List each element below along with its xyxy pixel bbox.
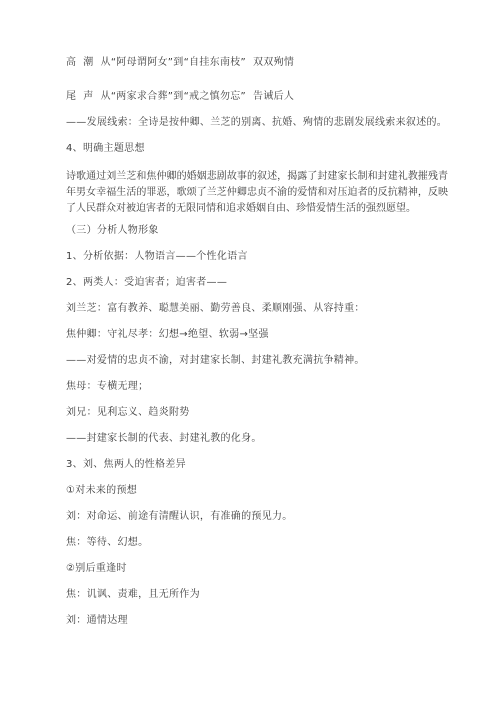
line-climax-section: 高 潮 从“阿母谓阿女”到“自挂东南枝” 双双殉情 — [66, 57, 448, 69]
line-jiao-zhongqing-traits: 焦仲卿：守礼尽孝：幻想→绝望、软弱→坚强 — [66, 329, 448, 341]
line-jiao-sarcasm: 焦：讥讽、责难，且无所作为 — [66, 589, 448, 601]
heading-theme: 4、明确主题思想 — [66, 143, 448, 155]
line-coda-section: 尾 声 从“两家求合葬”到“戒之慎勿忘” 告诫后人 — [66, 91, 448, 103]
heading-character-analysis: （三）分析人物形象 — [66, 225, 448, 237]
line-jiao-waiting: 焦：等待、幻想。 — [66, 537, 448, 549]
paragraph-theme-summary: 诗歌通过刘兰芝和焦仲卿的婚姻悲剧故事的叙述，揭露了封建家长制和封建礼教摧残青年男… — [66, 169, 448, 217]
document-page: 高 潮 从“阿母谓阿女”到“自挂东南枝” 双双殉情 尾 声 从“两家求合葬”到“… — [0, 0, 500, 707]
line-development-clue: ——发展线索：全诗是按仲卿、兰芝的别离、抗婚、殉情的悲剧发展线索来叙述的。 — [66, 117, 448, 129]
line-liu-foresight: 刘：对命运、前途有清醒认识，有准确的预见力。 — [66, 511, 448, 523]
line-analysis-basis: 1、分析依据：人物语言——个性化语言 — [66, 251, 448, 263]
line-two-types: 2、两类人：受迫害者；迫害者—— — [66, 277, 448, 289]
line-love-loyalty-note: ——对爱情的忠贞不渝，对封建家长制、封建礼教充满抗争精神。 — [66, 355, 448, 367]
heading-personality-diff: 3、刘、焦两人的性格差异 — [66, 459, 448, 471]
line-liu-brother: 刘兄：见利忘义、趋炎附势 — [66, 407, 448, 419]
line-reunion-heading: ②别后重逢时 — [66, 563, 448, 575]
line-liu-reasonable: 刘：通情达理 — [66, 615, 448, 627]
line-liu-lanzhi-traits: 刘兰芝：富有教养、聪慧美丽、勤劳善良、柔顺刚强、从容持重： — [66, 303, 448, 315]
document-body: 高 潮 从“阿母谓阿女”到“自挂东南枝” 双双殉情 尾 声 从“两家求合葬”到“… — [66, 57, 448, 641]
line-jiao-mother: 焦母：专横无理； — [66, 381, 448, 393]
line-feudal-representative: ——封建家长制的代表、封建礼教的化身。 — [66, 433, 448, 445]
line-future-prediction: ①对未来的预想 — [66, 485, 448, 497]
